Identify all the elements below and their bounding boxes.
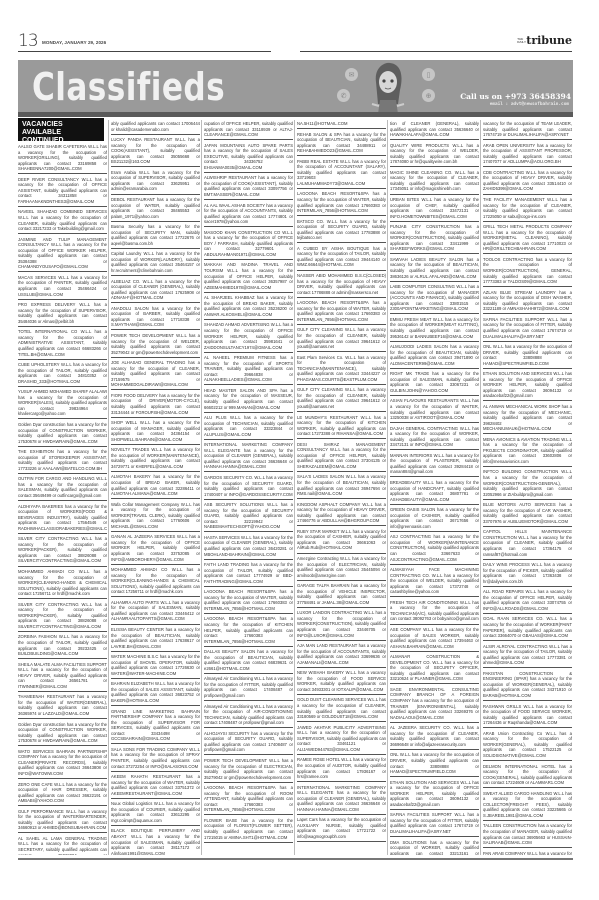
classified-ad: PUNJAB CITY CONSTRUCTION has a vacancy f… <box>390 223 479 254</box>
classified-ad: ONL W.L.L has a vacancy for the occupati… <box>390 751 479 777</box>
classified-ad: ALU PLUS W.L.L has a vacancy for the occ… <box>204 414 293 440</box>
classified-ad: JOE ALHASAD GENERAL TRADING has a vacanc… <box>111 359 200 390</box>
classified-ad: RIGHT MK TRADE has a vacancy for the occ… <box>390 370 479 396</box>
classified-ad: ASE COMPANY W.L.L has a vacancy for the … <box>390 626 479 652</box>
classified-ad: AL JAZEERA SECURITY CO. W.L.L has a vaca… <box>390 724 479 750</box>
classified-ad: GARDOS SECURITY CO. W.L.L has a vacancy … <box>204 474 293 500</box>
classified-ad: TALLEEN CONSTRUCTION has a vacancy for t… <box>483 822 572 848</box>
banner-bottom-bar <box>18 112 573 117</box>
classified-ad: NA.5H11@HOTMAIL.COM <box>297 120 386 129</box>
classified-ad: ALL ROAD REPAIRS W.L.L has a vacancy for… <box>483 588 572 614</box>
classified-ad: HEAD MASTER SALON AND SPA has a vacancy … <box>204 387 293 413</box>
classified-ad: MANNAN INTERIORS W.L.L has a vacancy for… <box>390 452 479 478</box>
classified-ad: WATO SERVICES BAHRAIN PARTNERSHIP COMPAN… <box>18 748 107 779</box>
classified-ad: SHOP WELL W.L.L has a vacancy for the oc… <box>111 419 200 445</box>
ads-column-6: vacancy for the occupation of TEAM LEADE… <box>483 120 572 855</box>
classified-ad: ZERO ONE CAFE W.L.L has a vacancy for th… <box>18 781 107 807</box>
classified-ad: EMMU FRESH MEAT W.L.L has a vacancy for … <box>390 316 479 342</box>
classified-ad: NAVEEL SHAHZAD COMBINED SERVICES W.L.L h… <box>18 208 107 234</box>
classified-ad: LAGOONA BEACH RESORT&SPA has a vacancy f… <box>204 615 293 646</box>
classified-ad: DAJAH GENERAL CONTRACTING W.L.L has a va… <box>390 425 479 451</box>
page-header: 13 MONDAY, JANUARY 29, 2026 <box>18 28 271 52</box>
classified-ad: GULF CITY CLEANING W.L.L has a vacancy f… <box>297 326 386 352</box>
classified-ad: AZLAN BLUE STREAM LAUNDRY has a vacancy … <box>483 289 572 315</box>
classified-ad: PAKISTAN CONSTRUCTION & ENGINEERING (SPA… <box>483 670 572 701</box>
classified-ad: YUSUF AHMED MOHAMED SHARIF ALALAWI has a… <box>18 388 107 419</box>
classified-ad: DEBOL RESTAURANT has a vacancy for the o… <box>111 196 200 222</box>
classified-ad: DAILY WINS PROCESS W.L.L has a vacancy f… <box>483 561 572 587</box>
newspaper-logo: THE DAILYtribune <box>517 34 572 47</box>
classified-ad: SALA'S LADIES SALON W.L.L has a vacancy … <box>297 473 386 499</box>
classified-ad: ALWISHRIP RESTAURANT has a vacancy for t… <box>204 174 293 200</box>
classified-ad: A CUBED BY AISHA BOUTIQUE has a vacancy … <box>297 245 386 271</box>
column-divider <box>294 120 295 855</box>
contact-email: email : advt@newsofbahrain.com <box>490 102 569 107</box>
classified-ad: ASJ CONTRACTING has a vacancy for the oc… <box>390 533 479 564</box>
classified-ad: LAGOONA BEACH RESORT&SPA has a vacancy f… <box>297 190 386 216</box>
classified-ad: Almasyed Air Conditioning W.L.L has a va… <box>204 703 293 729</box>
classified-ad: LAGOONA BEACH RESORT&SPA has a vacancy f… <box>204 588 293 614</box>
classified-ad: AL AAL WAAL ASHAB SOCIETY has a vacancy … <box>204 202 293 228</box>
classified-ad: MACAS SERVICES W.L.L has a vacancy for t… <box>18 274 107 300</box>
classified-ad: SHEILA MALATE ALMA FACILITIES SUPPORT W.… <box>18 661 107 692</box>
column-divider <box>201 120 202 855</box>
classified-ad: JAPAN MOUNTAINS AUTO SPARE PARTS has a v… <box>204 142 293 173</box>
classified-ad: ANADOLU SALON has a vacancy for the occu… <box>111 305 200 331</box>
contact-banner <box>273 60 573 117</box>
mail-icon: ✉ <box>345 68 358 81</box>
classified-ad: ARAB OPEN UNIVERSITY has a vacancy for t… <box>483 142 572 168</box>
classified-ad: GRILL TECH METAL PRODUCTS COMPANY W.L.L … <box>483 223 572 254</box>
classified-ad: LUCKY PANDA RESTAURANT W.L.L has a vacan… <box>111 136 200 167</box>
column-divider <box>108 120 109 855</box>
classified-ad: THE FACILITY MANAGEMENT W.L.L has a vaca… <box>483 196 572 222</box>
classified-ad: GARAGE TALPA BAHRAIN has a vacancy for t… <box>297 582 386 608</box>
classified-ad: BLACK BOUTIQUE PERFUMERY AND ABAYAT W.L.… <box>111 827 200 855</box>
classified-ad: AJA MAN LAND RESTAURANT has a vacancy fo… <box>297 642 386 668</box>
classified-ad: SALA SONS FOR TRADING COMPANY W.L.L has … <box>111 746 200 772</box>
globe-icon: ⊕ <box>422 89 435 102</box>
classified-ad: DMA SOLUTIONS has a vacancy for the occu… <box>390 839 479 855</box>
page-number: 13 <box>18 31 38 51</box>
classified-ad: MOHAMMED AHMADI CO W.L.L has a vacancy f… <box>18 568 107 599</box>
header-divider-right <box>300 51 572 52</box>
classified-ad: Golden Dyar construction has a vacancy f… <box>18 421 107 447</box>
classifieds-banner: Classifieds <box>18 60 273 117</box>
classified-ad: Amezgine Contracting W.L.L has a vacancy… <box>297 555 386 581</box>
classified-ad: ONL W.L.L has a vacancy for the occupati… <box>483 343 572 369</box>
classified-ad: GRAND LINE MARKETING BAHRAIN PARTNERSHIP… <box>111 708 200 745</box>
classified-ad: MOHAMMED AHMADI CO W.L.L has a vacancy f… <box>111 566 200 597</box>
classified-ad: MASOOD KHAN CONSTRUCTION CO W.L.L has a … <box>204 229 293 260</box>
classified-ad: AL NAHEEL PREMIUM FITNESS has a vacancy … <box>204 354 293 385</box>
classified-ad: LUXOR LANDON CONTRACTING W.L.L has a vac… <box>297 609 386 640</box>
classified-ad: Capital Laundry W.L.L has a vacancy for … <box>111 250 200 276</box>
contact-phone: Call us on +973 36458394 <box>460 92 571 101</box>
classified-ad: ETHAN SOLUTION AND SERVICES W.L.L has a … <box>390 779 479 810</box>
classified-ad: CUBE UPHOLSTERY W.L.L has a vacancy for … <box>18 361 107 387</box>
classified-ad: ALBELIAZ CO. W.L.L has a vacancy for the… <box>111 278 200 304</box>
classified-ad: SAWVAH LADIES BEAUTY SALON has a vacancy… <box>390 256 479 282</box>
classified-ad: FAITH LAND TRADING has a vacancy for the… <box>204 561 293 587</box>
classified-ad: PAN ARAB COMPANY W.L.L has a vacancy for… <box>483 850 572 855</box>
classified-ad: JAWED AKHTAR PUBLICITY ADVERTISING W.L.L… <box>297 724 386 755</box>
classified-ad: DESI SHIRAZ MANAGEMENT CONSULTANCY W.L.L… <box>297 441 386 472</box>
classified-ad: MAGIC SHINE CLEANING CO. W.L.L has a vac… <box>390 169 479 195</box>
page-bottom-rule <box>18 858 573 860</box>
classified-ad: DALLAS BEAUTY SALON has a vacancy for th… <box>204 648 293 674</box>
classified-ad: ALMOTAH BAKERY has a vacancy for the occ… <box>111 473 200 499</box>
classified-ad: SAGE ENVIRONMENTAL CONSULTING COMPANY BR… <box>390 686 479 723</box>
classified-ad: KINGDOM ASPHALT COMPANY W.L.L has a vaca… <box>297 501 386 527</box>
classified-ad: Wafa Collar Management Company W.L.L has… <box>111 501 200 532</box>
classified-ad: INTERNATIONAL MARKETING COMPANY W.L.L EL… <box>204 441 293 472</box>
classified-ad: CAPITOL HILLS MAINTENANCE CONSTRUCTION W… <box>483 528 572 559</box>
classified-ad: ALMUJOODI LADIES SALON has a vacancy for… <box>390 343 479 369</box>
classified-ad: TOTEL INTERNATIONAL CO W.L.L has a vacan… <box>18 328 107 359</box>
classified-ad: East Plam Services Co. W.L.L has a vacan… <box>297 354 386 385</box>
classified-ad: LAGOONA BEACH RESORT&SPA has a vacancy f… <box>297 299 386 325</box>
classified-ad: ALSIR ALROYAL CONTRACTING W.L.L has a va… <box>483 643 572 669</box>
classified-ad: MENA AVIONICS & AVIATION TRADING W.L.L h… <box>483 436 572 467</box>
classified-ad: BLUE MOTORS AUTO SERVICES has a vacancy … <box>483 501 572 527</box>
classified-ad: WATER MACHINE B.S.C has a vacancy for th… <box>111 653 200 679</box>
classified-ad: DEEP RIVER CONSULTANCY W.L.L has a vacan… <box>18 176 107 207</box>
classified-ad: SAFINA FACILITIES SUPPORT W.L.L has a va… <box>390 811 479 837</box>
classified-ad: BAHRAIN ELIZABETH W.L.L has a vacancy fo… <box>111 680 200 706</box>
classified-ad: AALSO GATE SHABIR CAFETERIA W.L.L has a … <box>18 143 107 174</box>
section-heading: VACANCIES AVAILABLE CONTINUED <box>18 118 104 141</box>
classified-ad: TOOLOS CONTRACTING has a vacancy for the… <box>483 256 572 287</box>
classified-ad: ASB SECURITY SOLUTIONS W.L.L has a vacan… <box>204 501 293 532</box>
classified-ad: Nuux Global Logistics W.L.L has a vacanc… <box>111 800 200 826</box>
classified-ad: REHAB SALON & SPA has a vacancy for the … <box>297 131 386 157</box>
classified-ad: GULF CITY CLEANING W.L.L has a vacancy f… <box>297 386 386 412</box>
classified-ad: FLOWER BASE has a vacancy for the occupa… <box>204 817 293 843</box>
classified-ad: POWER TECH DEVELOPMENT W.L.L has a vacan… <box>111 332 200 358</box>
classified-ad: GREEN OASIS SALON has a vacancy for the … <box>390 506 479 532</box>
classified-ad: Golden Dyar construction has a vacancy f… <box>18 721 107 747</box>
classified-ad: RASHWAN GRILLS W.L.L has a vacancy for t… <box>483 703 572 729</box>
logo-text: tribune <box>526 34 572 47</box>
classified-ad: AKEEM RAHATH RESTAURANT has a vacancy fo… <box>111 773 200 799</box>
classified-ad: BREADBEAUTY W.L.L has a vacancy for the … <box>390 479 479 505</box>
classified-ad: vacancy for the occupation of TEAM LEADE… <box>483 120 572 140</box>
classified-ad: QUALITY WIRE PRODUCTS W.L.L has a vacanc… <box>390 142 479 168</box>
classified-ad: ALDHIYAFA BAKERIES has a vacancy for the… <box>18 503 107 534</box>
classified-ad: DELMON INTERNATIONAL HOTEL has a vacancy… <box>483 763 572 789</box>
classified-ad: SAFINA FACILITIES SUPPORT W.L.L has a va… <box>483 316 572 342</box>
classified-ad: GOLD DUST CLEANING SERVICES W.L.L has a … <box>297 696 386 722</box>
classified-ad: FRESH TECH AIR CONDITIONING W.L.L has a … <box>390 599 479 625</box>
phone-icon: ✆ <box>337 89 350 102</box>
column-divider <box>480 120 481 855</box>
classified-ad: tion of CLEANER (GENERAL), suitably qual… <box>390 120 479 140</box>
classified-ad: NOVELTY TRADES W.L.L has a vacancy for t… <box>111 446 200 472</box>
classified-ad: ARAB Union Contracting Co W.L.L has a va… <box>483 730 572 761</box>
classified-ad: MAKKAH AND MADINA TRAVEL AND TOURISM W.L… <box>204 261 293 292</box>
mascot-illustration <box>370 60 406 114</box>
classified-ad: ably qualified applicants can contact 17… <box>111 120 200 135</box>
classified-ad: cupation of OFFICE HELPER, suitably qual… <box>204 120 293 140</box>
mobile-icon: ▯ <box>422 68 435 81</box>
classified-ad: ALHAMRA AUTO PARTS W.L.L has a vacancy f… <box>111 599 200 625</box>
classified-ad: SILVER CITY CONTRACTING W.L.L has a vaca… <box>18 535 107 566</box>
classified-ad: CDB CONTRACTING W.L.L has a vacancy for … <box>483 169 572 195</box>
classified-ad: LABB COMPUTER CONSULTING W.L.L has a vac… <box>390 283 479 314</box>
classified-ad: LE MUNDHY'S RESTAURANT W.L.L has a vacan… <box>297 414 386 440</box>
classified-ad: ALHOJAYSI SECURITY has a vacancy for the… <box>204 730 293 756</box>
ads-column-2: ably qualified applicants can contact 17… <box>111 120 200 855</box>
classified-ad: Eram Arabia W.L.L has a vacancy for the … <box>111 169 200 195</box>
classified-ad: RAMEE ROSE HOTEL W.L.L has a vacancy for… <box>297 756 386 782</box>
classified-ad: Lapet Cars has a vacancy for the occupat… <box>297 816 386 842</box>
classified-ad: PABBI REAL ESTATE W.L.L has a vacancy fo… <box>297 158 386 189</box>
classified-ad: JASMINE AND TULIP MANAGEMENT CONSULTANCY… <box>18 236 107 273</box>
classified-ad: BATSCO CO. W.L.L has a vacancy for the o… <box>297 218 386 244</box>
classified-ad: AL SAHEL AL LAMA GENERAL TRADING W.L.L h… <box>18 835 107 855</box>
classified-ad: SILVER CITY CONTRACTING W.L.L has a vaca… <box>18 601 107 632</box>
classified-ad: GANAN AL JAZEERA SERVICES W.L.L has a va… <box>111 533 200 564</box>
classified-ad: INFTCO BUILDING CONSTRUCTION W.L.L has a… <box>483 468 572 499</box>
classified-ad: ETHAN SOLUTION AND SERVICES W.L.L has a … <box>483 370 572 401</box>
classified-ad: OUTFIN FOR CARGO AND HANDLING W.L.L has … <box>18 475 107 501</box>
ads-column-1: AALSO GATE SHABIR CAFETERIA W.L.L has a … <box>18 143 107 855</box>
classified-ad: SHAHZAD AHMAD ADVERTISING W.L.L has a va… <box>204 321 293 352</box>
classified-ad: LAGOONA BEACH RESORT&SPA has a vacancy f… <box>204 784 293 815</box>
header-divider <box>18 51 271 52</box>
classified-ad: URBAN BITES W.L.L has a vacancy for the … <box>390 196 479 222</box>
section-title-line1: VACANCIES AVAILABLE <box>22 121 100 137</box>
classified-ad: ALMANAR CONSTRUCTION & DEVELOPMENT CO. W… <box>390 653 479 684</box>
ads-column-3: cupation of OFFICE HELPER, suitably qual… <box>204 120 293 844</box>
classified-ad: NEW WISHAH BAKERY W.L.L has a vacancy fo… <box>297 669 386 695</box>
classified-ad: NASSER ABID MOHAMMED B.S.C(CLOSED) has a… <box>297 272 386 298</box>
classified-ad: AL ANWAN MECHANICAL WORK SHOP has a vaca… <box>483 403 572 434</box>
classified-ad: ZORBINA FASHION W.L.L has a vacancy for … <box>18 633 107 659</box>
classified-ad: THAMEENAH RESTAURANT has a vacancy for t… <box>18 693 107 719</box>
classified-ad: AL SHARJEEL KHABBAZ has a vacancy for th… <box>204 294 293 320</box>
classified-ad: Basma Security has a vacancy for the occ… <box>111 223 200 249</box>
classified-ad: GOAL RAAN SERVICES CO. W.L.L has a vacan… <box>483 615 572 641</box>
column-divider <box>387 120 388 855</box>
classified-ad: FIORI FOOD DELIVERY has a vacancy for th… <box>111 392 200 418</box>
classified-ad: ASIAN FLAVOURS RESTAURANTS W.L.L has a v… <box>390 397 479 423</box>
classified-ad: ELISSIA BEAUTY CENTER has a vacancy for … <box>111 626 200 652</box>
classified-ad: INTERNATIONAL MARKETING COMPANY W.L.L EL… <box>297 784 386 815</box>
ads-column-5: tion of CLEANER (GENERAL), suitably qual… <box>390 120 479 855</box>
logo-small-text: THE DAILY <box>517 38 525 44</box>
classified-ad: SWEAT ALLIED CARGO HANDLING W.L.L has a … <box>483 790 572 821</box>
publication-date: MONDAY, JANUARY 29, 2026 <box>42 40 106 45</box>
classified-ad: ALMASIYAH FACE MACHINING CONTRACTING CO.… <box>390 566 479 597</box>
classified-ad: POWER TECH DEVELOPMENT W.L.L has a vacan… <box>204 757 293 783</box>
classified-ad: PRO EXPRESS DELIVERY W.L.L has a vacancy… <box>18 301 107 327</box>
classified-ad: Almasyed Air Conditioning W.L.L has a va… <box>204 675 293 701</box>
ads-column-4: NA.5H11@HOTMAIL.COMREHAB SALON & SPA has… <box>297 120 386 844</box>
classified-ad: HASTA SERVICES W.L.L has a vacancy for t… <box>204 534 293 560</box>
classified-ad: THE EXHIBITION has a vacancy for the occ… <box>18 448 107 474</box>
classified-ad: GULF PERFORMANCE W.L.L has a vacancy for… <box>18 808 107 834</box>
classified-ad: RUBY STAR MARKET W.L.L has a vacancy for… <box>297 528 386 554</box>
banner-title: Classifieds <box>32 65 225 109</box>
